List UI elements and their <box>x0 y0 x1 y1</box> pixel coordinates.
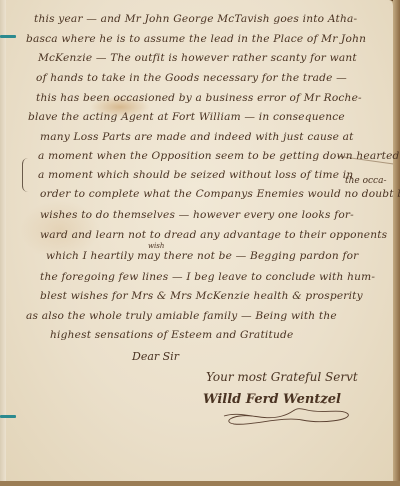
letter-line: basca where he is to assume the lead in … <box>26 33 366 45</box>
letter-line: wishes to do themselves — however every … <box>40 209 354 221</box>
letter-line: of hands to take in the Goods necessary … <box>36 72 347 84</box>
letter-line: as also the whole truly amiable family —… <box>26 310 337 322</box>
letter-line: many Loss Parts are made and indeed with… <box>40 131 354 143</box>
interlinear-insertion: wish <box>148 242 164 250</box>
letter-line: a moment when the Opposition seem to be … <box>38 150 400 162</box>
letter-line: the foregoing few lines — I beg leave to… <box>40 271 375 283</box>
letter-line: this has been occasioned by a business e… <box>36 92 362 104</box>
letter-line: ward and learn not to dread any advantag… <box>40 229 387 241</box>
letter-line: McKenzie — The outfit is however rather … <box>38 52 357 64</box>
letter-line: blave the acting Agent at Fort William —… <box>28 111 345 123</box>
letter-body: this year — and Mr John George McTavish … <box>0 0 400 486</box>
letter-line: a moment which should be seized without … <box>38 169 353 181</box>
signature-flourish <box>222 406 352 428</box>
letter-line: highest sensations of Esteem and Gratitu… <box>50 329 293 341</box>
letter-line: blest wishes for Mrs & Mrs McKenzie heal… <box>40 290 363 302</box>
letter-line: order to complete what the Companys Enem… <box>40 188 400 200</box>
signature: Willd Ferd Wentzel <box>203 392 341 407</box>
letter-line: this year — and Mr John George McTavish … <box>34 13 357 25</box>
salutation: Dear Sir <box>132 350 179 363</box>
margin-note: the occa- <box>345 176 387 186</box>
letter-line: which I heartily may there not be — Begg… <box>46 250 358 262</box>
closing-phrase: Your most Grateful Servt <box>206 370 358 384</box>
